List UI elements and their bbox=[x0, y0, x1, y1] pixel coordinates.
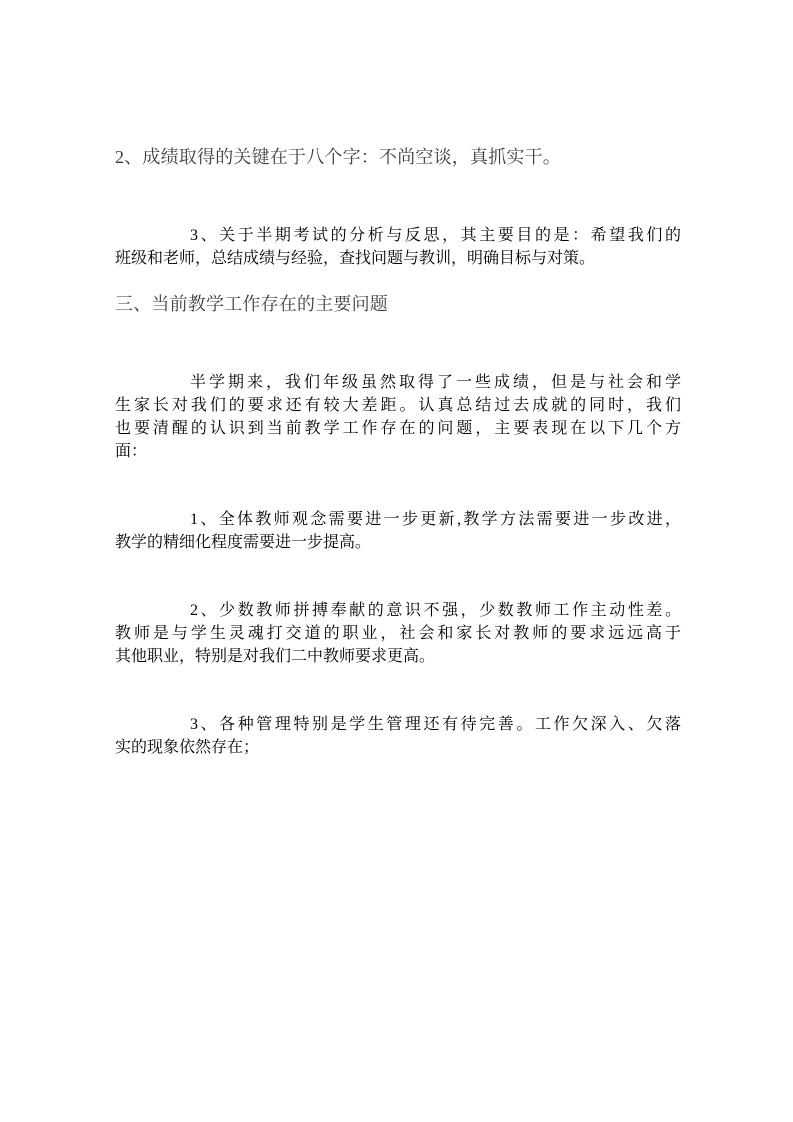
text-line: 其他职业，特别是对我们二中教师要求更高。 bbox=[115, 643, 681, 666]
text-line: 生家长对我们的要求还有较大差距。认真总结过去成就的同时，我们 bbox=[115, 392, 681, 415]
document-page: 2、成绩取得的关键在于八个字：不尚空谈，真抓实干。 3、关于半期考试的分析与反思… bbox=[0, 0, 793, 1122]
paragraph: 2、成绩取得的关键在于八个字：不尚空谈，真抓实干。 bbox=[115, 137, 681, 177]
text-line: 实的现象依然存在； bbox=[115, 734, 681, 757]
text-line: 也要清醒的认识到当前教学工作存在的问题，主要表现在以下几个方 bbox=[115, 415, 681, 438]
page-content: 2、成绩取得的关键在于八个字：不尚空谈，真抓实干。 3、关于半期考试的分析与反思… bbox=[0, 0, 793, 757]
text-line: 教师是与学生灵魂打交道的职业，社会和家长对教师的要求远远高于 bbox=[115, 620, 681, 643]
paragraph: 三、当前教学工作存在的主要问题 bbox=[115, 284, 681, 324]
text-line: 班级和老师，总结成绩与经验，查找问题与教训，明确目标与对策。 bbox=[115, 245, 681, 268]
text-line: 3、关于半期考试的分析与反思，其主要目的是：希望我们的 bbox=[115, 222, 681, 245]
text-line: 面： bbox=[115, 438, 681, 461]
text-line: 2、少数教师拼搏奉献的意识不强，少数教师工作主动性差。 bbox=[115, 597, 681, 620]
text-line: 半学期来，我们年级虽然取得了一些成绩，但是与社会和学 bbox=[115, 369, 681, 392]
text-line: 1、全体教师观念需要进一步更新,教学方法需要进一步改进， bbox=[115, 506, 681, 529]
text-line: 教学的精细化程度需要进一步提高。 bbox=[115, 529, 681, 552]
text-line: 3、各种管理特别是学生管理还有待完善。工作欠深入、欠落 bbox=[115, 711, 681, 734]
text-line: 三、当前教学工作存在的主要问题 bbox=[115, 294, 388, 314]
text-line: 2、成绩取得的关键在于八个字：不尚空谈，真抓实干。 bbox=[115, 147, 561, 167]
